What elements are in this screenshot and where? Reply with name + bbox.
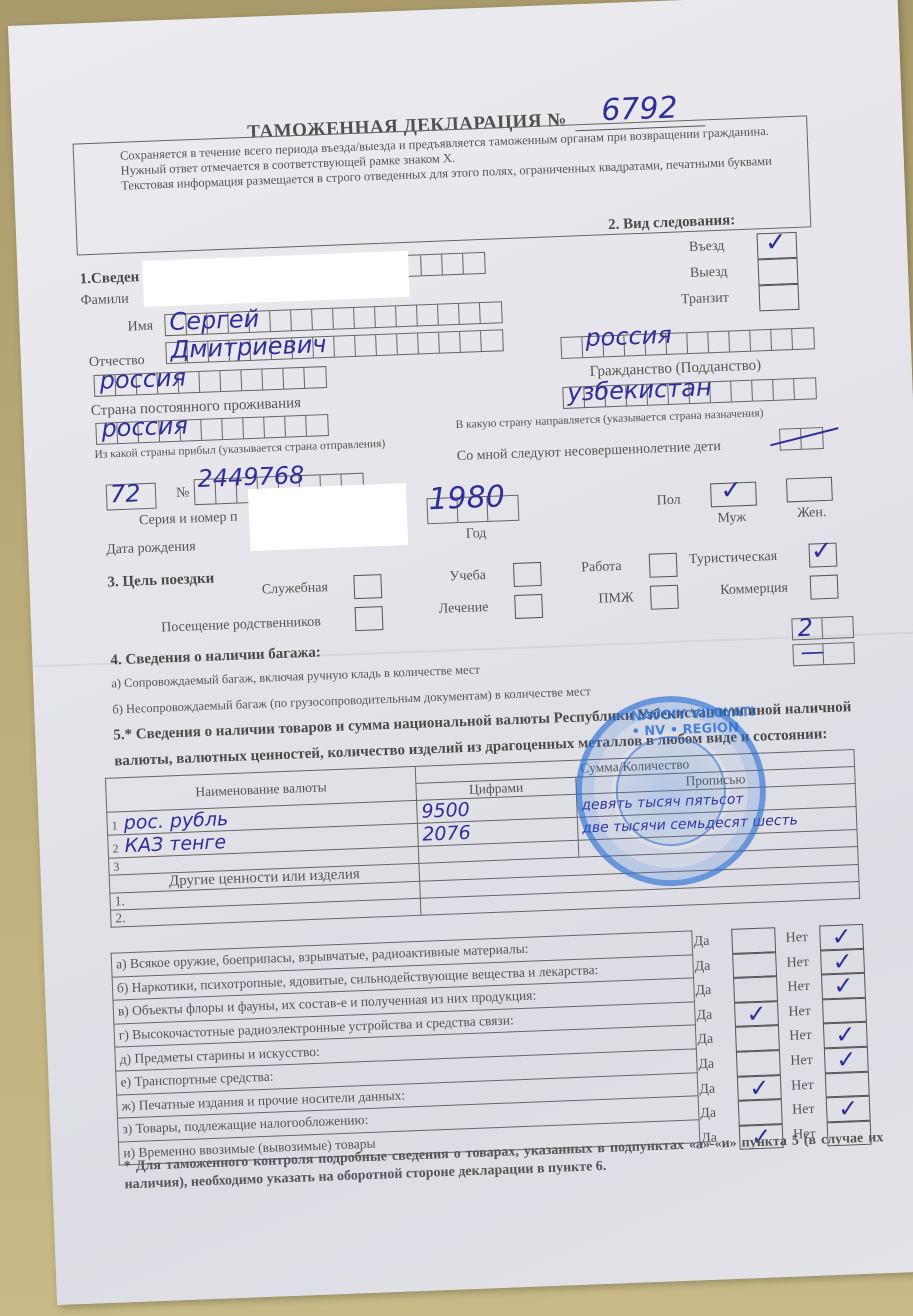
accompanied-baggage-value: 2 [797,616,813,641]
patronymic-value: Дмитриевич [170,332,327,362]
birth-date-label: Дата рождения [106,539,196,558]
purpose-commerce-label: Коммерция [720,580,788,599]
yes-checkbox[interactable] [732,952,777,978]
row-number: 1 [112,818,119,832]
female-label: Жен. [797,505,827,522]
purpose-pmzh-label: ПМЖ [598,590,634,607]
no-label: Нет [789,1028,812,1045]
exit-checkbox[interactable] [758,258,799,286]
passport-series-value: 72 [110,481,141,506]
no-label: Нет [785,930,808,947]
no-label: Нет [786,955,809,972]
name-value: Сергей [169,307,260,334]
check-icon: ✓ [720,478,743,503]
purpose-pmzh-checkbox[interactable] [650,585,679,610]
yes-no-column: ДаНет✓ДаНет✓ДаНет✓ДаНет✓ДаНет✓ДаНет✓ДаНе… [693,923,881,1151]
year-label: Год [466,526,487,543]
passport-number-label: № [176,485,190,502]
female-checkbox[interactable] [786,477,833,503]
children-field[interactable] [779,427,824,451]
residence-country-value: россия [99,365,186,392]
check-icon: ✓ [764,230,787,255]
section-4-heading: 4. Сведения о наличии багажа: [110,644,321,669]
purpose-study-label: Учеба [449,568,486,585]
male-label: Муж [717,510,746,527]
purpose-work-checkbox[interactable] [649,553,678,578]
purpose-treatment-label: Лечение [438,600,488,618]
citizenship-value: россия [585,323,672,350]
transit-label: Транзит [681,291,729,309]
check-icon: ✓ [746,999,767,1028]
section-1-heading: 1.Сведен [79,269,139,288]
row-number: 3 [113,859,120,873]
from-country-value: россия [101,413,188,440]
no-label: Нет [788,1004,811,1021]
yes-checkbox[interactable] [735,1026,780,1052]
passport-label: Серия и номер п [139,510,238,530]
destination-value: узбекистан [567,375,712,405]
check-icon: ✓ [749,1073,770,1102]
destination-label: В какую страну направляется (указывается… [455,407,763,431]
no-label: Нет [787,979,810,996]
purpose-business-checkbox[interactable] [353,574,382,599]
yes-checkbox[interactable] [731,927,776,953]
instructions-box: Сохраняется в течение всего периода въез… [73,115,812,255]
purpose-relatives-checkbox[interactable] [355,606,384,631]
check-icon: ✓ [810,539,833,564]
check-icon: ✓ [836,1045,857,1074]
yes-label: Да [693,934,709,951]
row-number: 2 [112,841,119,855]
entry-label: Въезд [689,239,725,256]
no-checkbox[interactable] [825,1071,870,1097]
check-icon: ✓ [838,1094,859,1123]
yes-label: Да [698,1057,714,1074]
yes-label: Да [699,1081,715,1098]
yes-checkbox[interactable] [733,976,778,1002]
purpose-tourism-label: Туристическая [689,549,778,568]
birth-year-value: 1980 [428,485,505,512]
name-label: Имя [127,319,153,336]
unaccompanied-baggage-value: — [800,639,825,664]
sex-label: Пол [656,493,681,510]
redacted-surname [142,251,410,307]
yes-label: Да [694,958,710,975]
yes-label: Да [695,983,711,1000]
purpose-treatment-checkbox[interactable] [514,594,543,619]
no-checkbox[interactable] [822,998,867,1024]
customs-declaration-form: ТАМОЖЕННАЯ ДЕКЛАРАЦИЯ № 6792 Сохраняется… [8,0,913,1305]
yes-checkbox[interactable] [738,1099,783,1125]
children-label: Со мной следуют несовершеннолетние дети [457,439,722,465]
yes-label: Да [697,1032,713,1049]
stamp-emblem-icon [614,734,728,848]
purpose-relatives-label: Посещение родственников [161,614,321,636]
yes-label: Да [700,1106,716,1123]
stamp-text: NAVOIY VILOYATI • NV • REGION [631,705,758,740]
transit-checkbox[interactable] [759,284,800,312]
surname-label: Фамили [80,292,129,310]
exit-label: Выезд [690,265,728,282]
yes-label: Да [696,1007,712,1024]
goods-declaration-table: а) Всякое оружие, боеприпасы, взрывчатые… [111,930,701,1166]
no-label: Нет [790,1053,813,1070]
section-3-heading: 3. Цель поездки [107,570,214,591]
no-label: Нет [792,1102,815,1119]
purpose-business-label: Служебная [262,580,329,599]
no-label: Нет [791,1077,814,1094]
purpose-work-label: Работа [581,559,622,577]
check-icon: ✓ [833,971,854,1000]
redacted-birth-date [248,483,408,551]
yes-checkbox[interactable] [736,1050,781,1076]
purpose-commerce-checkbox[interactable] [810,575,839,600]
currency-name: КАЗ тенге [124,831,226,857]
purpose-study-checkbox[interactable] [513,562,542,587]
currency-name: рос. рубль [123,808,228,834]
